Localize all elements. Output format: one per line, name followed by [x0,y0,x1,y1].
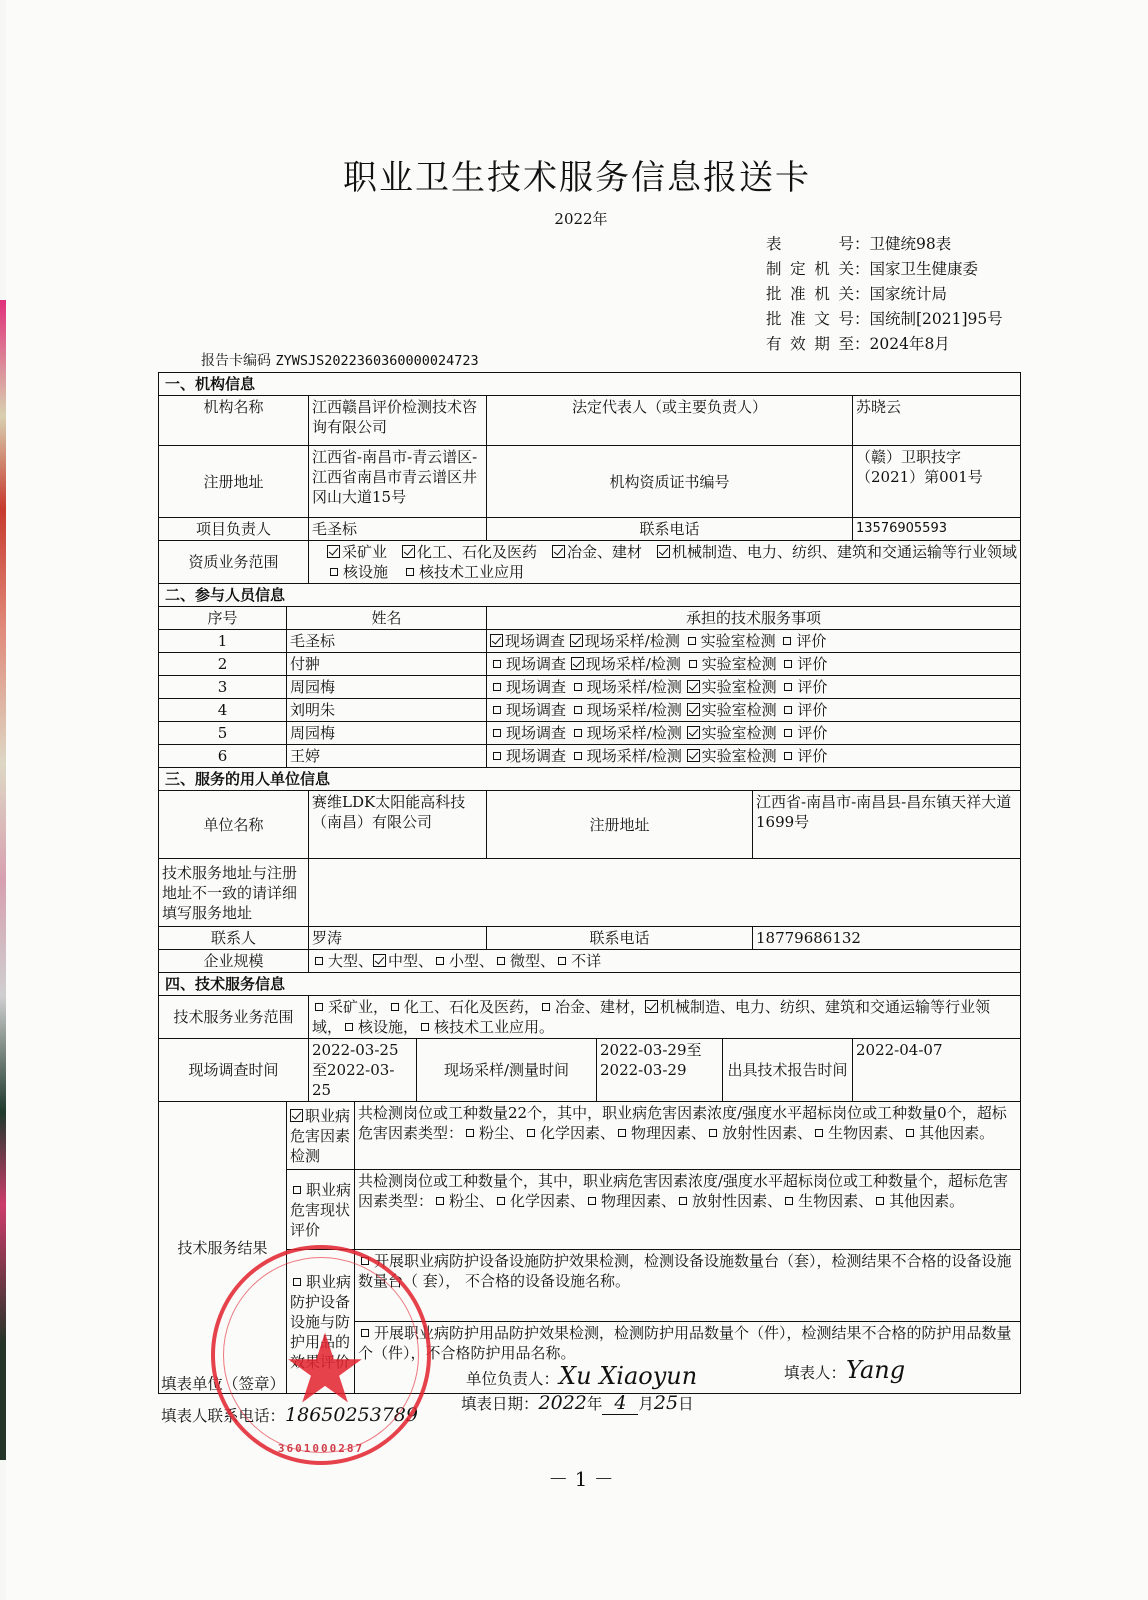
qual-scope-checkbox[interactable] [552,545,565,558]
service-checkbox[interactable] [687,680,700,693]
factor-checkbox[interactable] [679,1197,687,1205]
info-form-table: 一、机构信息 机构名称 江西赣昌评价检测技术咨询有限公司 法定代表人（或主要负责… [158,372,1021,1394]
service-checkbox[interactable] [784,706,792,714]
org-phone-label: 联系电话 [487,518,853,541]
service-scope-label: 技术服务业务范围 [159,996,309,1039]
person-services: 现场调查 现场采样/检测 实验室检测 评价 [487,676,1021,699]
service-scope-checkbox[interactable] [542,1003,550,1011]
report-code-value: ZYWSJS2022360360000024723 [275,353,478,369]
protection-eval-label: 职业病防护设备设施与防护用品的效果评价 [287,1250,355,1394]
sampling-time-value: 2022-03-29至2022-03-29 [597,1039,723,1102]
reg-address-value: 江西省-南昌市-青云谱区-江西省南昌市青云谱区井冈山大道15号 [309,446,487,518]
cert-label: 机构资质证书编号 [487,446,853,518]
report-time-value: 2022-04-07 [853,1039,1021,1102]
service-checkbox[interactable] [687,703,700,716]
service-checkbox[interactable] [574,729,582,737]
service-address-value [309,859,1021,927]
service-checkbox[interactable] [783,637,791,645]
date-month: 4 [602,1392,638,1415]
service-scope-options: 采矿业，化工、石化及医药，冶金、建材，机械制造、电力、纺织、建筑和交通运输等行业… [309,996,1021,1039]
org-phone-value: 13576905593 [853,518,1021,541]
section3-heading: 三、服务的用人单位信息 [159,768,1021,791]
project-lead-label: 项目负责人 [159,518,309,541]
meta-row: 表 号：卫健统98表 [766,232,1003,257]
section4-heading: 四、技术服务信息 [159,973,1021,996]
service-scope-checkbox[interactable] [345,1023,353,1031]
person-services: 现场调查 现场采样/检测 实验室检测 评价 [487,653,1021,676]
person-name: 周园梅 [287,722,487,745]
report-year: 2022年 [6,208,1148,229]
unit-name-label: 单位名称 [159,791,309,859]
service-checkbox[interactable] [574,752,582,760]
service-checkbox[interactable] [493,683,501,691]
meta-row: 批准文号：国统制[2021]95号 [766,307,1003,332]
qual-scope-options: 采矿业 化工、石化及医药 冶金、建材 机械制造、电力、纺织、建筑和交通运输等行业… [309,541,1021,584]
factor-checkbox[interactable] [709,1129,717,1137]
form-meta: 表 号：卫健统98表制定机关：国家卫生健康委批准机关：国家统计局批准文号：国统制… [766,232,1003,357]
service-checkbox[interactable] [574,683,582,691]
contact-label: 联系人 [159,927,309,950]
protection-facility-text: 开展职业病防护设备设施防护效果检测，检测设备设施数量台（套），检测结果不合格的设… [355,1250,1021,1322]
col-name-header: 姓名 [287,607,487,630]
col-items-header: 承担的技术服务事项 [487,607,1021,630]
person-services: 现场调查 现场采样/检测 实验室检测 评价 [487,722,1021,745]
service-checkbox[interactable] [493,729,501,737]
factor-checkbox[interactable] [785,1197,793,1205]
factor-checkbox[interactable] [466,1129,474,1137]
protection-item-checkbox[interactable] [361,1257,369,1265]
meta-row: 制定机关：国家卫生健康委 [766,257,1003,282]
section1-heading: 一、机构信息 [159,373,1021,396]
legal-rep-label: 法定代表人（或主要负责人） [487,396,853,446]
person-row: 2付翀现场调查 现场采样/检测 实验室检测 评价 [159,653,1021,676]
result-checkbox[interactable] [290,1109,303,1122]
service-checkbox[interactable] [493,752,501,760]
protection-item-checkbox[interactable] [361,1329,369,1337]
factor-checkbox[interactable] [618,1129,626,1137]
service-checkbox[interactable] [493,660,501,668]
company-size-checkbox[interactable] [558,957,566,965]
person-name: 刘明朱 [287,699,487,722]
unit-phone-value: 18779686132 [753,927,1021,950]
stamp-number: 3601000287 [215,1442,427,1455]
org-name-label: 机构名称 [159,396,309,446]
sampling-time-label: 现场采样/测量时间 [417,1039,597,1102]
service-checkbox[interactable] [574,706,582,714]
org-name-value: 江西赣昌评价检测技术咨询有限公司 [309,396,487,446]
filler-signature: Yang [846,1356,905,1384]
service-checkbox[interactable] [784,660,792,668]
person-name: 付翀 [287,653,487,676]
factor-checkbox[interactable] [876,1197,884,1205]
report-time-label: 出具技术报告时间 [723,1039,853,1102]
unit-address-label: 注册地址 [487,791,753,859]
section2-heading: 二、参与人员信息 [159,584,1021,607]
page-number: － 1 － [6,1463,1148,1492]
filler-phone-value: 18650253789 [285,1404,418,1426]
service-address-label: 技术服务地址与注册地址不一致的请详细填写服务地址 [159,859,309,927]
unit-head-signature: Xu Xiaoyun [559,1362,697,1390]
date-year: 2022 [539,1392,587,1414]
service-scope-checkbox[interactable] [391,1003,399,1011]
meta-row: 批准机关：国家统计局 [766,282,1003,307]
person-services: 现场调查 现场采样/检测 实验室检测 评价 [487,630,1021,653]
filler: 填表人：Yang [784,1356,905,1384]
factor-checkbox[interactable] [497,1197,505,1205]
person-services: 现场调查 现场采样/检测 实验室检测 评价 [487,699,1021,722]
legal-rep-value: 苏晓云 [853,396,1021,446]
service-checkbox[interactable] [687,726,700,739]
filler-phone: 填表人联系电话：18650253789 [161,1404,418,1426]
service-checkbox[interactable] [784,752,792,760]
document-page: 职业卫生技术服务信息报送卡 2022年 表 号：卫健统98表制定机关：国家卫生健… [6,0,1148,1600]
person-no: 3 [159,676,287,699]
person-no: 6 [159,745,287,768]
service-checkbox[interactable] [490,634,503,647]
protection-checkbox[interactable] [293,1278,301,1286]
people-list: 1毛圣标现场调查 现场采样/检测 实验室检测 评价 2付翀现场调查 现场采样/检… [159,630,1021,768]
unit-address-value: 江西省-南昌市-南昌县-昌东镇天祥大道 1699号 [753,791,1021,859]
person-row: 6王婷现场调查 现场采样/检测 实验室检测 评价 [159,745,1021,768]
person-row: 5周园梅现场调查 现场采样/检测 实验室检测 评价 [159,722,1021,745]
result-checkbox[interactable] [293,1186,301,1194]
service-checkbox[interactable] [689,660,697,668]
report-code: 报告卡编码 ZYWSJS2022360360000024723 [201,350,479,370]
factor-checkbox[interactable] [906,1129,914,1137]
service-scope-checkbox[interactable] [315,1003,323,1011]
person-row: 4刘明朱现场调查 现场采样/检测 实验室检测 评价 [159,699,1021,722]
company-size-checkbox[interactable] [373,954,386,967]
date-day: 25 [654,1392,678,1414]
qual-scope-checkbox[interactable] [657,545,670,558]
person-no: 1 [159,630,287,653]
person-row: 1毛圣标现场调查 现场采样/检测 实验室检测 评价 [159,630,1021,653]
meta-row: 有效期至：2024年8月 [766,332,1003,357]
results-label: 技术服务结果 [159,1102,287,1394]
reg-address-label: 注册地址 [159,446,309,518]
unit-phone-label: 联系电话 [487,927,753,950]
company-size-checkbox[interactable] [497,957,505,965]
person-name: 王婷 [287,745,487,768]
filling-unit-label: 填表单位（签章） [161,1372,285,1394]
contact-value: 罗涛 [309,927,487,950]
result-status-eval-label: 职业病危害现状评价 [287,1170,355,1250]
person-name: 毛圣标 [287,630,487,653]
person-name: 周园梅 [287,676,487,699]
person-no: 4 [159,699,287,722]
col-no-header: 序号 [159,607,287,630]
company-size-checkbox[interactable] [315,957,323,965]
service-checkbox[interactable] [493,706,501,714]
cert-value: （赣）卫职技字（2021）第001号 [853,446,1021,518]
factor-checkbox[interactable] [436,1197,444,1205]
unit-name-value: 赛维LDK太阳能高科技（南昌）有限公司 [309,791,487,859]
company-size-checkbox[interactable] [436,957,444,965]
service-checkbox[interactable] [784,729,792,737]
service-checkbox[interactable] [570,634,583,647]
unit-head: 单位负责人：Xu Xiaoyun [466,1362,697,1390]
project-lead-value: 毛圣标 [309,518,487,541]
qual-scope-label: 资质业务范围 [159,541,309,584]
qual-scope-checkbox[interactable] [402,545,415,558]
page-title: 职业卫生技术服务信息报送卡 [6,150,1148,199]
result-hazard-detect-label: 职业病危害因素检测 [287,1102,355,1170]
survey-time-label: 现场调查时间 [159,1039,309,1102]
result-status-eval-text: 共检测岗位或工种数量个，其中，职业病危害因素浓度/强度水平超标岗位或工种数量个，… [355,1170,1021,1250]
service-checkbox[interactable] [687,749,700,762]
factor-checkbox[interactable] [588,1197,596,1205]
company-size-label: 企业规模 [159,950,309,973]
qual-scope-checkbox[interactable] [327,545,340,558]
service-checkbox[interactable] [784,683,792,691]
qual-scope-checkbox[interactable] [406,568,414,576]
service-checkbox[interactable] [688,637,696,645]
factor-checkbox[interactable] [527,1129,535,1137]
person-row: 3周园梅现场调查 现场采样/检测 实验室检测 评价 [159,676,1021,699]
service-scope-checkbox[interactable] [421,1023,429,1031]
person-no: 2 [159,653,287,676]
person-no: 5 [159,722,287,745]
service-checkbox[interactable] [571,657,584,670]
survey-time-value: 2022-03-25至2022-03-25 [309,1039,417,1102]
person-services: 现场调查 现场采样/检测 实验室检测 评价 [487,745,1021,768]
service-scope-checkbox[interactable] [645,1000,658,1013]
result-hazard-detect-text: 共检测岗位或工种数量22个，其中，职业病危害因素浓度/强度水平超标岗位或工种数量… [355,1102,1021,1170]
qual-scope-checkbox[interactable] [330,568,338,576]
fill-date: 填表日期：2022年4月25日 [461,1392,694,1415]
company-size-options: 大型、中型、小型、微型、不详 [309,950,1021,973]
factor-checkbox[interactable] [815,1129,823,1137]
